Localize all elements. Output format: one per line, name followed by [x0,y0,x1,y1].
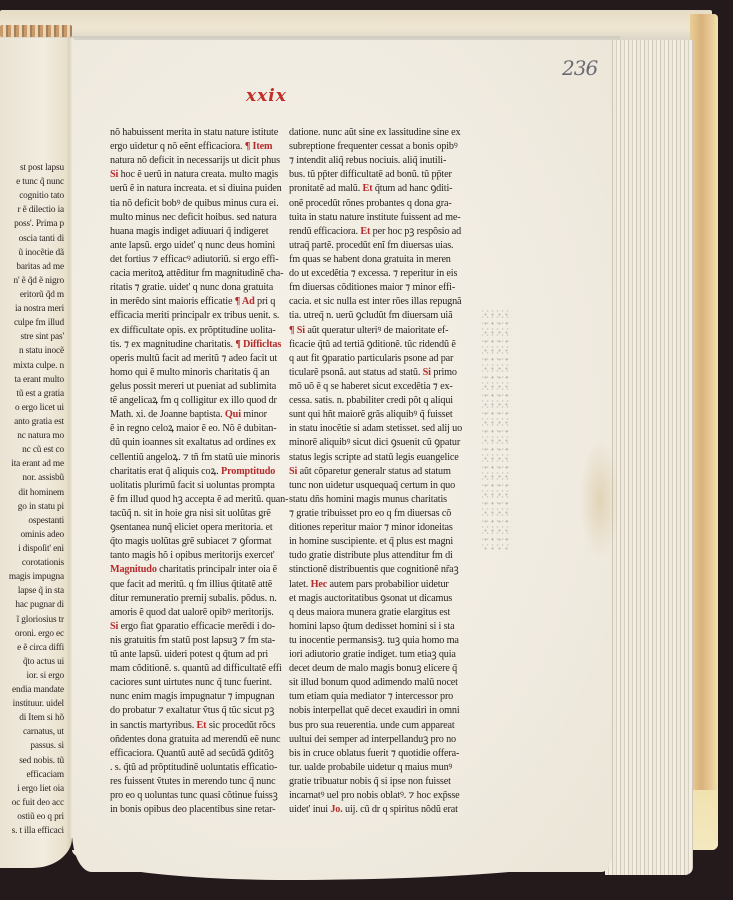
text-line: operis multũ facit ad meritũ ⁊ adeo faci… [110,352,270,366]
text-line: tuita in statu nature institute fuissent… [289,211,457,225]
text-line: tẽ angelicaꝝ fm q colligitur ex illo quo… [110,394,270,408]
text-line: efficacia meriti principalr ex tribus ue… [110,309,270,323]
text-line: tu inocentie permansisꝫ. tuꝫ quia homo m… [289,634,457,648]
text-line: . s. q̃tũ ad prõptitudinẽ uoluntatis eff… [110,761,270,775]
text-line: ior. si ergo [0,669,64,683]
text-line: Si hoc ẽ uerũ in natura creata. multo ma… [110,168,270,182]
text-line: hac pugnar di [0,598,64,612]
text-line: status legis scripte ad statũ legis euan… [289,451,457,465]
text-line: pro eo q uoluntas tunc quasi cõtinue fui… [110,789,270,803]
text-line: iori adiutorio gratie indiget. tum etiaꝫ… [289,648,457,662]
text-line: e ẽ circa diffi [0,641,64,655]
rubricated-initial: Si [289,466,297,477]
text-line: gelus possit mereri ut pueniat ad sublim… [110,380,270,394]
vellum-cover-edge [690,14,718,850]
left-page: st post lapsue tunc q̃ nunccognitio tato… [0,38,72,868]
text-line: ex difficultate opis. ex prõptitudine uo… [110,324,270,338]
text-line: homini lapso q̃tum dedisset homini si i … [289,620,457,634]
text-line: Si aũt cõparetur generalr status ad stat… [289,465,457,479]
text-line: stre sint pas' [0,330,64,344]
text-line: endia mandate [0,683,64,697]
text-line: ẽ fm illud quod hꝫ accepta ẽ ad meritũ. … [110,493,270,507]
text-line: i ergo liet oia [0,782,64,796]
text-line: tũ ante lapsũ. uideri potest q q̃tum ad … [110,648,270,662]
text-line: natura nõ deficit in necessarijs ut dici… [110,154,270,168]
rubricated-initial: ¶ Si [289,325,305,336]
text-line: mixta culpe. n [0,359,64,373]
text-line: in statu inocẽtie si adam stetisset. sed… [289,422,457,436]
text-line: ominis adeo [0,528,64,542]
text-line: bus. tũ pp̃ter difficultatẽ ad bonũ. tũ … [289,168,457,182]
text-line: in merẽdo sint maioris efficatie ¶ Ad pr… [110,295,270,309]
text-line: nis gratuitis fm statũ post lapsuꝫ ⁊ fm … [110,634,270,648]
text-line: ditiones reperitur maior ⁊ minor idoneit… [289,521,457,535]
text-line: eritorũ q̃d m [0,288,64,302]
text-line: ꝯsentanea nunq̃ eliciet opera meritoria.… [110,521,270,535]
left-page-text-fragment: st post lapsue tunc q̃ nunccognitio tato… [0,161,64,838]
text-line: e tunc q̃ nunc [0,175,64,189]
text-line: instituur. uidel [0,697,64,711]
text-line: stinctionẽ distribuentis que cognitionẽ … [289,563,457,577]
text-line: r ẽ dilectio ia [0,203,64,217]
text-line: huana magis indiget adiuuari q̃ indigere… [110,225,270,239]
text-line: in sanctis martyribus. Et sic procedũt r… [110,719,270,733]
text-line: charitatis erat q̃ aliquis coꝝ. Promptit… [110,465,270,479]
text-line: tia. utreq̃ n. uerũ ꝯcludũt fm diuersam … [289,309,457,323]
text-line: tunc non uidetur usquequaq̃ certum in qu… [289,479,457,493]
folio-number: 236 [562,56,597,80]
text-line: magis impugna [0,570,64,584]
text-line: di Item si hõ [0,711,64,725]
text-line: i dispoſit' eni [0,542,64,556]
text-line: uultui dei semper ad interpellanduꝫ pro … [289,733,457,747]
text-line: Si ergo fiat ꝯparatio efficacie merẽdi i… [110,620,270,634]
text-line: go in statu pi [0,500,64,514]
rubricated-initial: Magnitudo [110,564,157,575]
text-line: dũ quin ioannes sit exaltatus ad ordines… [110,436,270,450]
text-line: dit hominem [0,486,64,500]
text-line: corotationis [0,556,64,570]
text-line: cessa. satis. n. pbabiliter credi põt q … [289,394,457,408]
text-line: ospestanti [0,514,64,528]
text-line: tacũq̃ n. sit in hoie gra nisi sit uolũt… [110,507,270,521]
vellum-cover-corner [690,790,718,850]
text-line: subreptione frequenter cessat a bonis op… [289,140,457,154]
rubricated-initial: Promptitudo [221,466,275,477]
rubricated-initial: Et [363,183,373,194]
text-line: cacia. et sic nulla est inter rões illas… [289,295,457,309]
text-line: ticularẽ psonã. aut status ad statũ. Si … [289,366,457,380]
text-line: det fortius ⁊ efficacꝰ adiutoriũ. si erg… [110,253,270,267]
text-line: cacia meritoꝝ attẽditur fm magnitudinẽ c… [110,267,270,281]
text-line: do probatur ⁊ exaltatur ṽtus q̃ tũc sicu… [110,704,270,718]
rubricated-initial: Jo. [330,804,342,815]
text-line: baritas ad me [0,260,64,274]
text-line: et magis auctoritatibus ꝯsonat ut dicamu… [289,592,457,606]
rubricated-initial: ¶ Difficltas [235,339,281,350]
text-line: ⁊ gratie tribuisset pro eo q fm diuersas… [289,507,457,521]
text-line: Magnitudo charitatis principalr inter oi… [110,563,270,577]
text-line: onẽ procedũt rõnes probantes q dona gra- [289,197,457,211]
rubricated-initial: ¶ Item [245,141,273,152]
text-line: ritatis ⁊ gratie. uidet' q nunc dona gra… [110,281,270,295]
rubricated-initial: Si [423,367,431,378]
text-line: ta erant multo [0,373,64,387]
text-line: nc natura mo [0,429,64,443]
text-line: multo minus nec deficit hoibus. sed natu… [110,211,270,225]
text-line: o ergo licet ui [0,401,64,415]
rubricated-initial: Qui [225,409,241,420]
text-line: amoris ẽ quod dat ualorẽ opibꝰ meritorij… [110,606,270,620]
text-line: s. t illa efficaci [0,824,64,838]
text-line: ¶ Si aũt queratur ulteriꝰ de maioritate … [289,324,457,338]
text-line: oscia tanti di [0,232,64,246]
text-line: caciores sunt uirtutes nunc q̃ tunc fuer… [110,676,270,690]
text-line: tis. ⁊ ex magnitudine charitatis. ¶ Diff… [110,338,270,352]
text-line: cellentiũ angeloꝝ. ⁊ tñ fm statũ uie min… [110,451,270,465]
text-line: statu dñs homini magis munus charitatis [289,493,457,507]
text-line: ergo uidetur q nõ eẽnt efficaciora. ¶ It… [110,140,270,154]
text-line: bis in cruce oblatus fuerit ⁊ quotidie o… [289,747,457,761]
text-line: n statu inocẽ [0,344,64,358]
text-line: tur. ualde probabile uidetur q maius mun… [289,761,457,775]
text-line: carnatus, ut [0,725,64,739]
rubricated-initial: Et [197,720,207,731]
text-line: ficacie q̃tũ ad tertiã ꝯditionẽ. tũc rid… [289,338,457,352]
text-line: q̃to magis uolũtas grẽ subiacet ⁊ ꝯforma… [110,535,270,549]
text-line: utraq̃ partẽ. procedũt enĩ fm diuersas u… [289,239,457,253]
text-line: res fuissent ṽtutes in merendo tunc q̃ n… [110,775,270,789]
text-line: decet deum de malo magis bonuꝫ elicere q… [289,662,457,676]
rubricated-initial: Et [360,226,370,237]
text-line: Math. xi. de Joanne baptista. Qui minor [110,408,270,422]
text-line: do ut excedẽtia ⁊ excessa. ⁊ reperitur i… [289,267,457,281]
text-line: uolitatis plurimũ facit si uoluntas prom… [110,479,270,493]
text-line: uerũ ẽ in natura increata. et si diuina … [110,182,270,196]
text-line: tũ est a gratia [0,387,64,401]
text-line: mõ uõ ẽ q se haberet sicut excedẽtia ⁊ e… [289,380,457,394]
text-line: tum etiam quia mediator ⁊ intercessor pr… [289,690,457,704]
text-line: sunt qui hñt maiorẽ grãs aliquibꝰ q̃ fui… [289,408,457,422]
text-line: oc fuit deo acc [0,796,64,810]
text-line: oroni. ergo ec [0,627,64,641]
text-line: in bonis opibus deo placentibus sine ret… [110,803,270,817]
text-line: incarnatꝰ uel pro nobis oblatꝰ. ⁊ hoc ex… [289,789,457,803]
text-line: mam cõditionẽ. s. quantũ ad difficultatẽ… [110,662,270,676]
text-line: oñdentes dona gratuita ad merendũ eẽ nun… [110,733,270,747]
text-line: culpe fm illud [0,316,64,330]
text-line: ẽ in regno celoꝝ maior ẽ eo. Nõ ẽ dubita… [110,422,270,436]
text-line: pronitatẽ ad malũ. Et q̃tum ad hanc ꝯdit… [289,182,457,196]
running-head-rubric: xxix [246,86,287,106]
text-line: ostiũ eo q pri [0,810,64,824]
text-line: poss'. Prima p [0,217,64,231]
text-line: homo qui ẽ multo minoris charitatis q̃ a… [110,366,270,380]
text-line: datione. nunc aũt sine ex lassitudine si… [289,126,457,140]
rubricated-initial: Si [110,169,118,180]
text-line: latet. Hec autem pars probabilior uidetu… [289,578,457,592]
text-line: efficaciora. Quantũ autẽ ad secũdã ꝯditõ… [110,747,270,761]
text-line: n' ẽ q̃d ẽ nigro [0,274,64,288]
text-line: st post lapsu [0,161,64,175]
text-line: q aut fit ꝯparatio particularis psone ad… [289,352,457,366]
text-line: passus. si [0,739,64,753]
text-line: fm quas se habent dona gratuita in meren [289,253,457,267]
text-line: nobis interpellat quẽ decet exaudiri in … [289,704,457,718]
text-line: gratie tribuatur nobis q̃ si ipse non fu… [289,775,457,789]
rubricated-initial: Hec [311,579,328,590]
text-line: ditur remuneratio premij subalis. põdus.… [110,592,270,606]
text-line: uidet' inui Jo. uij. cũ dr q spiritus nõ… [289,803,457,817]
book-photograph: st post lapsue tunc q̃ nunccognitio tato… [0,0,733,900]
text-line: cognitio tato [0,189,64,203]
rubricated-initial: ¶ Ad [235,296,255,307]
text-line: ũ inocẽtie dã [0,246,64,260]
text-line: nor. assisbũ [0,471,64,485]
text-line: sed nobis. tũ [0,754,64,768]
text-line: tia nõ deficit bobꝰ de quibus minus cura… [110,197,270,211]
text-line: rendũ efficaciora. Et per hoc pꝫ respõsi… [289,225,457,239]
text-column-b: datione. nunc aũt sine ex lassitudine si… [289,126,457,817]
paper-stain [580,440,620,560]
text-line: lapse q̃ in sta [0,584,64,598]
text-line: bus pro sua reuerentia. unde cum apparea… [289,719,457,733]
text-line: fm diuersas cõditiones maior ⁊ minor eff… [289,281,457,295]
foxing-spots [482,310,512,550]
text-line: nõ habuissent merita in statu nature ist… [110,126,270,140]
text-line: q̃to actus ui [0,655,64,669]
rubricated-initial: Si [110,621,118,632]
text-line: que facit ad meritũ. q fm illius q̃titat… [110,578,270,592]
text-column-a: nõ habuissent merita in statu nature ist… [110,126,270,817]
headband [0,25,72,37]
text-line: minorẽ aliquibꝰ sicut dici ꝯsuenit cũ ꝯp… [289,436,457,450]
text-line: q deus maiora munera gratie elargitus es… [289,606,457,620]
text-line: ia nostra meri [0,302,64,316]
text-line: efficaciam [0,768,64,782]
text-line: sit illud bonum quod adimendo malũ nocet [289,676,457,690]
text-line: nunc enim magis impugnatur ⁊ impugnan [110,690,270,704]
text-line: in homine suscipiente. et q̃ plus est ma… [289,535,457,549]
text-line: ita erant ad me [0,457,64,471]
text-line: tudo gratie distribute plus attenditur f… [289,549,457,563]
text-line: ĩ gloriosius tr [0,613,64,627]
text-line: anto gratia est [0,415,64,429]
text-line: tanto magis hõ i opibus meritorijs exerc… [110,549,270,563]
text-line: nc cũ est co [0,443,64,457]
text-line: ⁊ intendit aliq̃ rebus nociuis. aliq̃ in… [289,154,457,168]
text-line: ante lapsũ. ergo uidet' q nunc deus homi… [110,239,270,253]
